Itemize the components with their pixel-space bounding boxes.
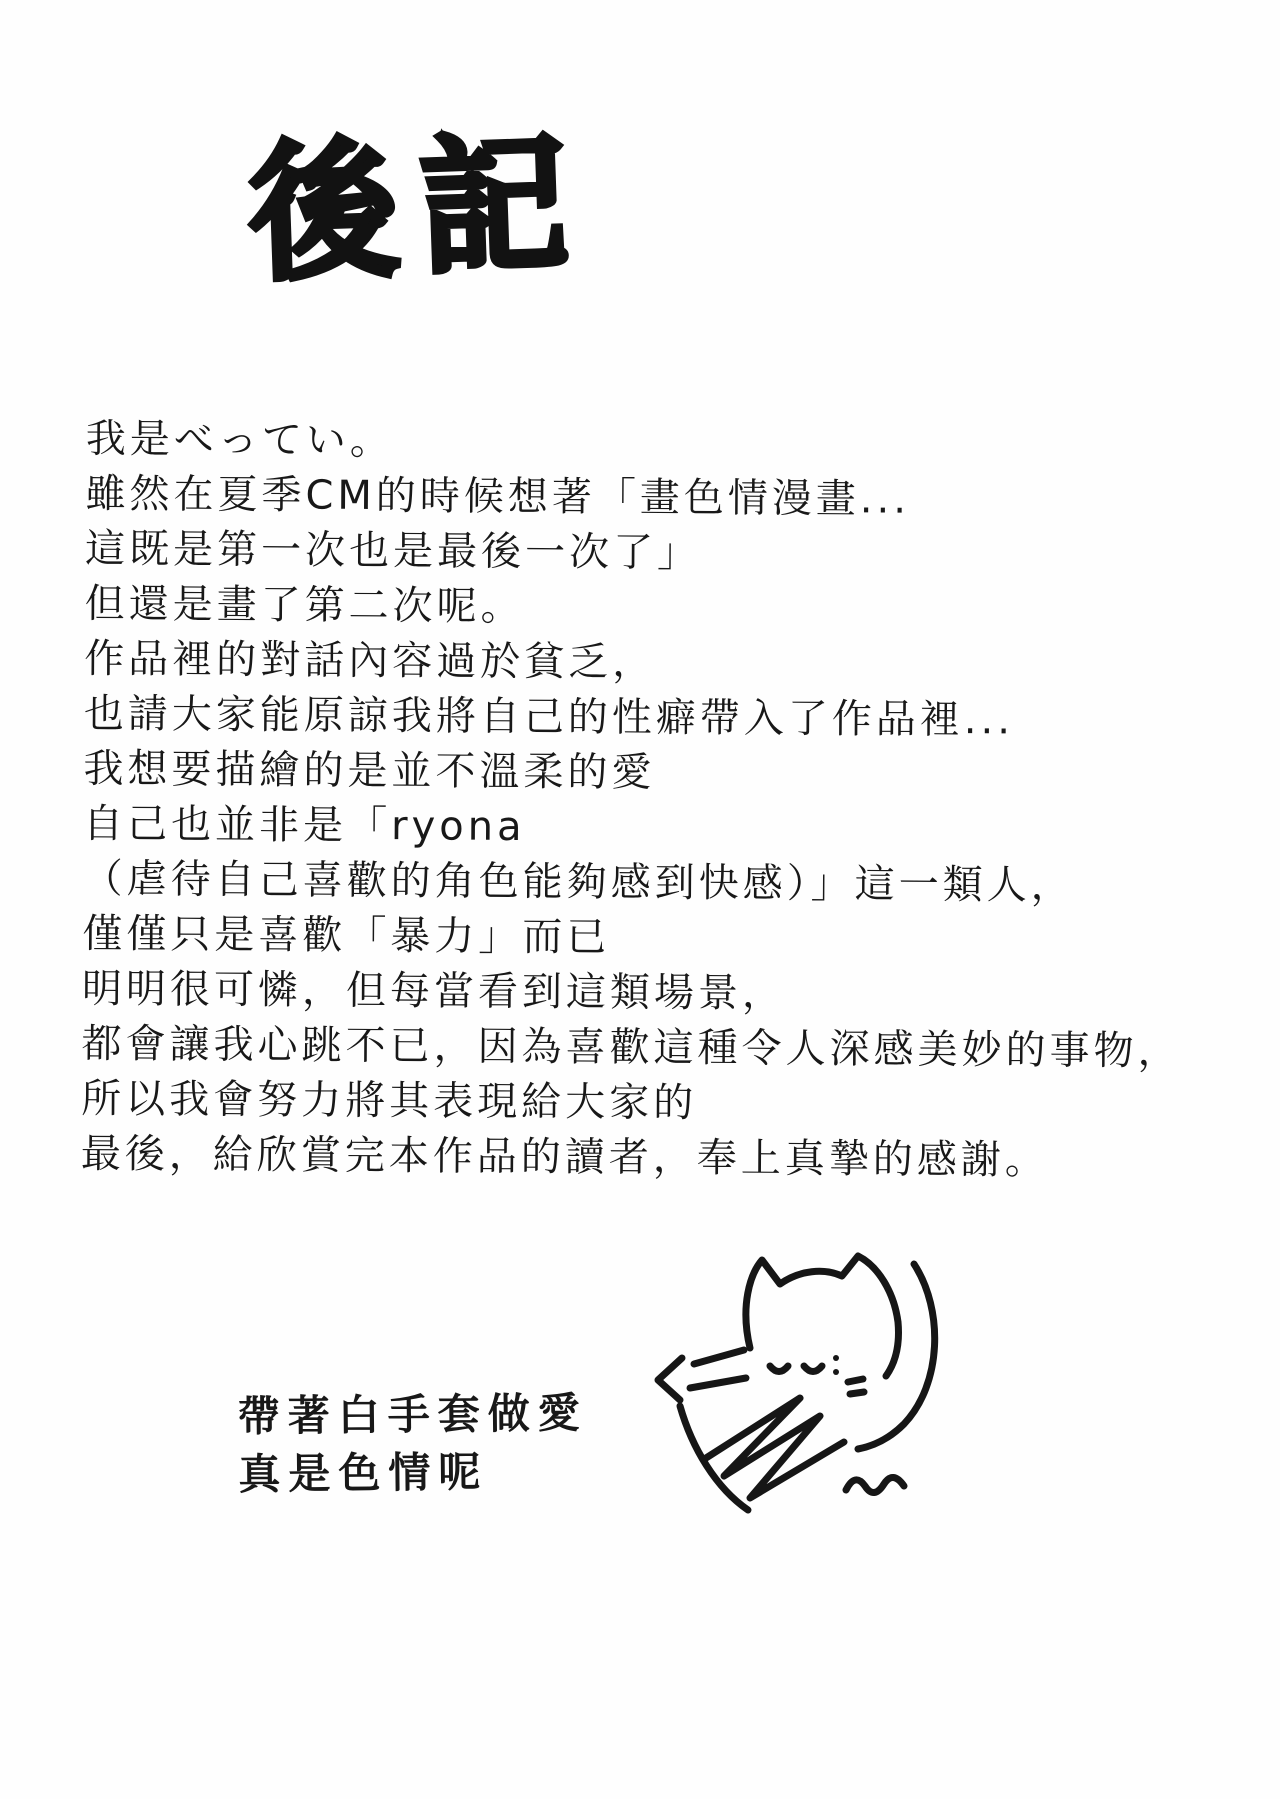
body-line: 自己也並非是「ryona	[83, 797, 1183, 860]
body-line: 都會讓我心跳不已，因為喜歡這種令人深感美妙的事物，	[81, 1017, 1181, 1080]
cat-doodle-icon	[648, 1248, 958, 1543]
body-line: 我想要描繪的是並不溫柔的愛	[83, 742, 1183, 805]
caption-line: 真是色情呢	[238, 1442, 589, 1504]
body-line: 所以我會努力將其表現給大家的	[81, 1072, 1181, 1135]
body-line: 但還是畫了第二次呢。	[84, 577, 1184, 640]
body-line: 僅僅只是喜歡「暴力」而已	[82, 907, 1182, 970]
body-line: 這既是第一次也是最後一次了」	[85, 522, 1185, 585]
body-line: 作品裡的對話內容過於貧乏，	[84, 632, 1184, 695]
afterword-page: 後記 我是べってい。 雖然在夏季CM的時候想著「畫色情漫畫... 這既是第一次也…	[0, 0, 1280, 1799]
body-line: 也請大家能原諒我將自己的性癖帶入了作品裡...	[84, 687, 1184, 750]
body-line: 最後，給欣賞完本作品的讀者，奉上真摯的感謝。	[81, 1127, 1181, 1190]
body-line: （虐待自己喜歡的角色能夠感到快感）」這一類人，	[83, 852, 1183, 915]
handwritten-caption: 帶著白手套做愛 真是色情呢	[237, 1384, 588, 1504]
body-line: 我是べってい。	[86, 412, 1186, 475]
afterword-body: 我是べってい。 雖然在夏季CM的時候想著「畫色情漫畫... 這既是第一次也是最後…	[81, 412, 1186, 1190]
page-title: 後記	[247, 122, 592, 297]
caption-line: 帶著白手套做愛	[237, 1384, 588, 1446]
body-line: 明明很可憐，但每當看到這類場景，	[82, 962, 1182, 1025]
body-line: 雖然在夏季CM的時候想著「畫色情漫畫...	[85, 467, 1185, 530]
